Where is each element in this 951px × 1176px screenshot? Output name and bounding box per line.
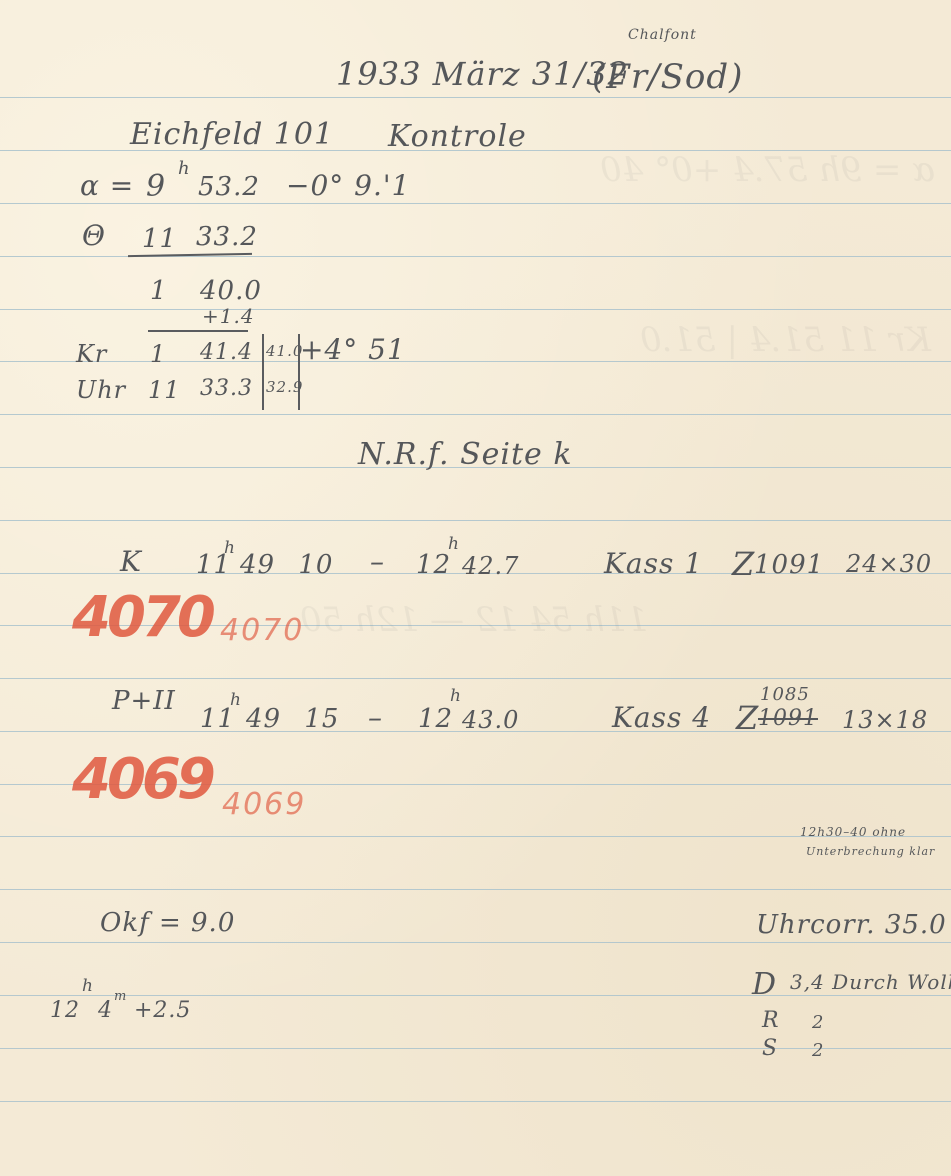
bleed-through: Kr 11 51.4 | 51.0 bbox=[640, 320, 931, 360]
clock-correction: Uhrcorr. 35.0 ✓ bbox=[756, 912, 951, 938]
cassette: Kass 1 bbox=[604, 550, 703, 578]
bracket-line bbox=[262, 334, 264, 410]
interruption-text: Unterbrechung klar bbox=[806, 846, 935, 857]
exposure-label: P+II bbox=[112, 688, 176, 714]
okf-value: Okf = 9.0 bbox=[100, 910, 235, 936]
ruled-line bbox=[0, 97, 951, 98]
exposure-end-hours: 12 bbox=[418, 706, 453, 732]
exposure-end-rest: 42.7 bbox=[462, 554, 519, 578]
ruled-line bbox=[0, 1048, 951, 1049]
cassette: Kass 4 bbox=[612, 704, 711, 732]
plate-size: 24×30 bbox=[846, 552, 932, 576]
interruption-time: 12h30–40 ohne bbox=[800, 826, 906, 838]
r-symbol: R bbox=[762, 1010, 780, 1032]
plate-number: 1091 bbox=[754, 552, 824, 578]
red-plate-number-small: 4070 bbox=[220, 616, 304, 646]
observers: (Fr/Sod) bbox=[592, 60, 743, 94]
plate-number-struck: 1091 bbox=[758, 708, 818, 730]
time-hours: 12 bbox=[50, 1000, 80, 1022]
r-value: 2 bbox=[812, 1014, 824, 1032]
seeing-value: 3,4 Durch Wolk bbox=[790, 972, 951, 992]
bleed-through: 11h 54 12 — 12h 50 bbox=[300, 600, 648, 640]
red-plate-number-large: 4070 bbox=[72, 590, 212, 646]
theta-label: Θ bbox=[82, 222, 106, 250]
kr-hours: 1 bbox=[150, 342, 166, 366]
ruled-line bbox=[0, 1101, 951, 1102]
control-title: Eichfeld 101 bbox=[130, 120, 334, 150]
time-correction: +2.5 bbox=[134, 1000, 191, 1022]
hour-unit: h bbox=[230, 692, 242, 709]
field-title: N.R.f. Seite k bbox=[358, 440, 573, 470]
diff-hours: 1 bbox=[150, 278, 168, 304]
seeing-symbol: D bbox=[752, 970, 777, 1000]
red-plate-number-large: 4069 bbox=[72, 752, 212, 808]
exposure-start-rest: 49 10 bbox=[240, 552, 333, 578]
red-plate-number-small: 4069 bbox=[222, 790, 306, 820]
plate-size: 13×18 bbox=[842, 708, 928, 732]
diff-minutes: 40.0 bbox=[200, 278, 262, 304]
ruled-line bbox=[0, 889, 951, 890]
hour-unit: h bbox=[224, 540, 236, 557]
exposure-dash: – bbox=[368, 704, 383, 732]
theta-hours: 11 bbox=[142, 226, 177, 252]
ruled-line bbox=[0, 361, 951, 362]
ruled-line bbox=[0, 995, 951, 996]
time-minutes: 4 bbox=[98, 1000, 113, 1022]
uhr-label: Uhr bbox=[76, 378, 126, 402]
s-value: 2 bbox=[812, 1042, 824, 1060]
ruled-line bbox=[0, 309, 951, 310]
exposure-end-rest: 43.0 bbox=[462, 708, 519, 732]
bleed-through: α = 9h 57.4 +0° 40 bbox=[600, 150, 935, 190]
plate-prefix: Z bbox=[736, 702, 759, 734]
hour-unit: h bbox=[450, 688, 462, 705]
ruled-line bbox=[0, 942, 951, 943]
exposure-end-hours: 12 bbox=[416, 552, 451, 578]
uhr-alt: 32.9 bbox=[266, 380, 303, 395]
ruled-line bbox=[0, 678, 951, 679]
uhr-minutes: 33.3 bbox=[200, 378, 253, 400]
uhr-hours: 11 bbox=[148, 378, 181, 402]
kr-label: Kr bbox=[76, 342, 107, 366]
exposure-label: K bbox=[120, 548, 142, 576]
exposure-dash: – bbox=[370, 548, 385, 576]
alpha-label: α = bbox=[80, 172, 134, 200]
plate-prefix: Z bbox=[732, 548, 755, 580]
hour-unit: h bbox=[82, 978, 94, 995]
alpha-minutes: 53.2 bbox=[198, 174, 260, 200]
plate-correction: 1085 bbox=[760, 686, 810, 704]
correction: +1.4 bbox=[202, 306, 255, 326]
ruled-line bbox=[0, 414, 951, 415]
kr-angle: +4° 51 bbox=[300, 336, 406, 364]
theta-minutes: 33.2 bbox=[196, 224, 258, 250]
minute-unit: m bbox=[114, 990, 127, 1003]
ruled-line bbox=[0, 520, 951, 521]
ruled-line bbox=[0, 203, 951, 204]
control-subtitle: Kontrole bbox=[388, 122, 527, 152]
alpha-hour-unit: h bbox=[178, 160, 191, 178]
sum-line bbox=[148, 330, 248, 332]
page-date: 1933 März 31/32 bbox=[336, 58, 629, 90]
alpha-value: 9 bbox=[146, 172, 166, 202]
declination: −0° 9.'1 bbox=[286, 172, 410, 200]
kr-minutes: 41.4 bbox=[200, 342, 253, 364]
exposure-start-rest: 49 15 bbox=[246, 706, 339, 732]
notebook-page: α = 9h 57.4 +0° 40 Kr 11 51.4 | 51.0 11h… bbox=[0, 0, 951, 1176]
s-symbol: S bbox=[762, 1038, 778, 1060]
hour-unit: h bbox=[448, 536, 460, 553]
observer-note: Chalfont bbox=[628, 28, 697, 42]
